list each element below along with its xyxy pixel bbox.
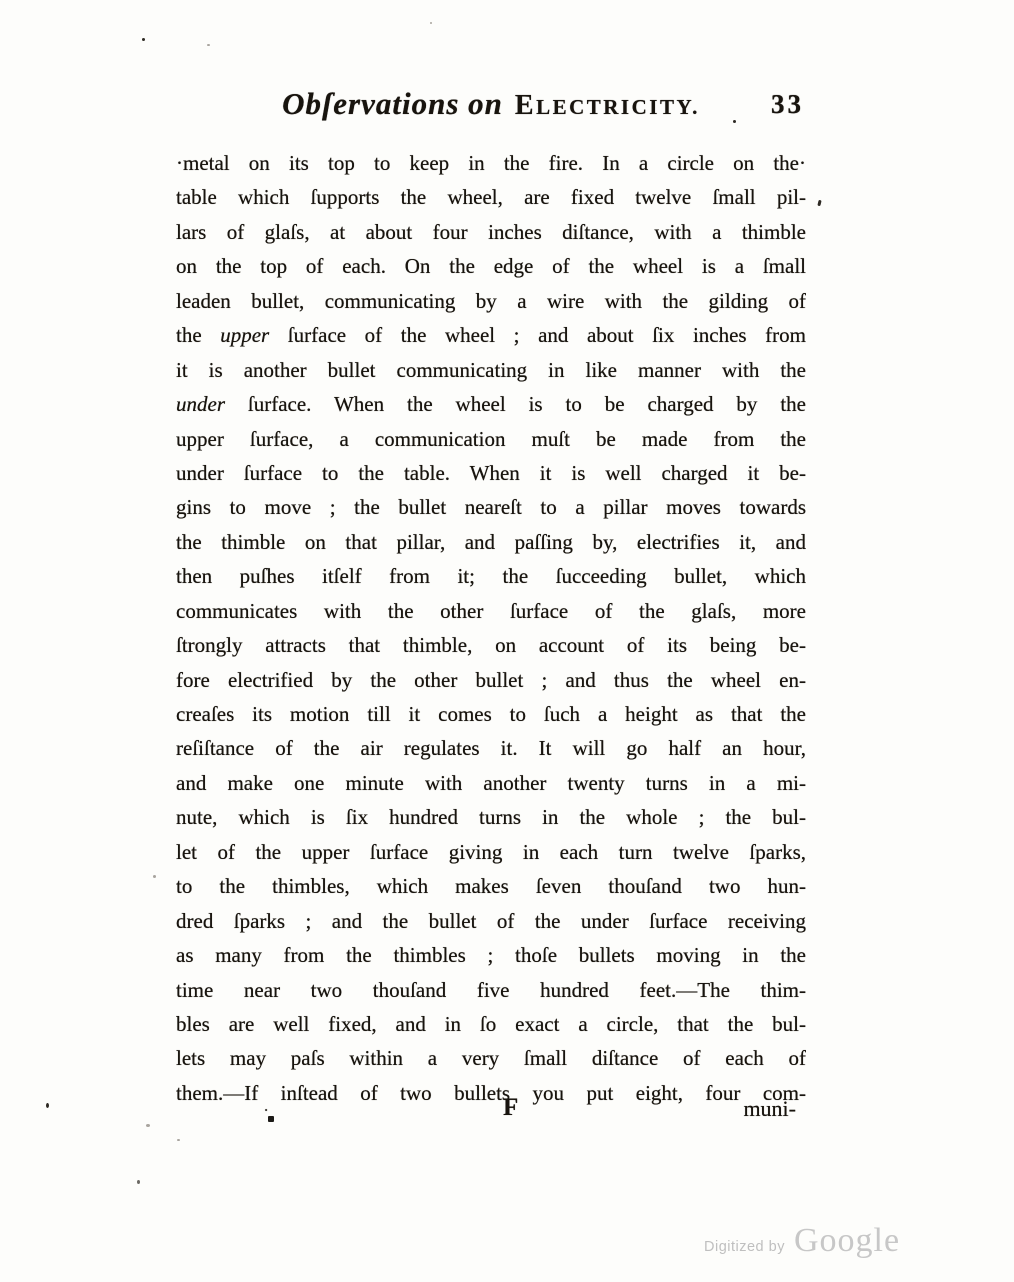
scan-speckle — [142, 38, 145, 41]
line-segment: it is another bullet communicating in li… — [176, 358, 806, 382]
italic-word: under — [176, 392, 225, 416]
scan-speckle — [733, 120, 736, 123]
text-line: then puſhes itſelf from it; the ſucceedi… — [176, 559, 806, 593]
text-line: fore electrified by the other bullet ; a… — [176, 663, 806, 697]
line-segment: fore electrified by the other bullet ; a… — [176, 668, 806, 692]
signature-dot: . — [264, 1096, 268, 1116]
line-segment: ſtrongly attracts that thimble, on accou… — [176, 633, 806, 657]
signature-line: . F muni- — [176, 1094, 806, 1132]
line-segment: reſiſtance of the air regulates it. It w… — [176, 736, 806, 760]
text-line: as many from the thimbles ; thoſe bullet… — [176, 938, 806, 972]
line-segment: the thimble on that pillar, and paſſing … — [176, 530, 806, 554]
line-segment: ·metal on its top to keep in the fire. I… — [176, 151, 806, 175]
text-line: under ſurface. When the wheel is to be c… — [176, 387, 806, 421]
scan-speckle — [430, 22, 432, 24]
text-line: lets may paſs within a very ſmall diſtan… — [176, 1041, 806, 1075]
text-line: and make one minute with another twenty … — [176, 766, 806, 800]
line-segment: on the top of each. On the edge of the w… — [176, 254, 806, 278]
text-line: communicates with the other ſurface of t… — [176, 594, 806, 628]
line-segment: let of the upper ſurface giving in each … — [176, 840, 806, 864]
line-segment: leaden bullet, communicating by a wire w… — [176, 289, 806, 313]
text-line: time near two thouſand five hundred feet… — [176, 973, 806, 1007]
line-segment: ſurface. When the wheel is to be charged… — [225, 392, 806, 416]
running-header: Obſervations onELECTRICITY. 33 — [176, 86, 806, 122]
line-segment: under ſurface to the table. When it is w… — [176, 461, 806, 485]
watermark-prefix-label: Digitized by — [704, 1239, 785, 1255]
text-line: reſiſtance of the air regulates it. It w… — [176, 731, 806, 765]
text-line: ·metal on its top to keep in the fire. I… — [176, 146, 806, 180]
line-segment: as many from the thimbles ; thoſe bullet… — [176, 943, 806, 967]
scan-speckle — [817, 200, 821, 207]
header-caps-rest: LECTRICITY. — [536, 95, 700, 119]
text-line: bles are well fixed, and in ſo exact a c… — [176, 1007, 806, 1041]
header-caps-initial: E — [515, 90, 536, 121]
catchword: muni- — [743, 1096, 796, 1122]
italic-word: upper — [220, 323, 269, 347]
text-line: ſtrongly attracts that thimble, on accou… — [176, 628, 806, 662]
line-segment: ſurface of the wheel ; and about ſix inc… — [269, 323, 806, 347]
text-line: under ſurface to the table. When it is w… — [176, 456, 806, 490]
line-segment: and make one minute with another twenty … — [176, 771, 806, 795]
line-segment: table which ſupports the wheel, are fixe… — [176, 185, 806, 209]
line-segment: the — [176, 323, 220, 347]
text-line: gins to move ; the bullet neareſt to a p… — [176, 490, 806, 524]
text-line: it is another bullet communicating in li… — [176, 353, 806, 387]
text-line: the thimble on that pillar, and paſſing … — [176, 525, 806, 559]
scan-speckle — [46, 1103, 49, 1108]
line-segment: gins to move ; the bullet neareſt to a p… — [176, 495, 806, 519]
line-segment: communicates with the other ſurface of t… — [176, 599, 806, 623]
text-line: on the top of each. On the edge of the w… — [176, 249, 806, 283]
header-title-caps: ELECTRICITY. — [515, 101, 700, 118]
signature-letter: F — [503, 1094, 518, 1122]
scan-speckle — [207, 44, 210, 46]
line-segment: then puſhes itſelf from it; the ſucceedi… — [176, 564, 806, 588]
text-line: the upper ſurface of the wheel ; and abo… — [176, 318, 806, 352]
line-segment: upper ſurface, a communication muſt be m… — [176, 427, 806, 451]
text-line: let of the upper ſurface giving in each … — [176, 835, 806, 869]
text-line: lars of glaſs, at about four inches diſt… — [176, 215, 806, 249]
line-segment: lars of glaſs, at about four inches diſt… — [176, 220, 806, 244]
line-segment: time near two thouſand five hundred feet… — [176, 978, 806, 1002]
scan-speckle — [177, 1139, 180, 1141]
line-segment: bles are well fixed, and in ſo exact a c… — [176, 1012, 806, 1036]
line-segment: lets may paſs within a very ſmall diſtan… — [176, 1046, 806, 1070]
text-line: table which ſupports the wheel, are fixe… — [176, 180, 806, 214]
scan-speckle — [137, 1180, 140, 1184]
body-text: ·metal on its top to keep in the fire. I… — [176, 146, 806, 1110]
book-page-scan: Obſervations onELECTRICITY. 33 ·metal on… — [0, 0, 1014, 1282]
text-line: to the thimbles, which makes ſeven thouſ… — [176, 869, 806, 903]
text-line: leaden bullet, communicating by a wire w… — [176, 284, 806, 318]
line-segment: to the thimbles, which makes ſeven thouſ… — [176, 874, 806, 898]
text-line: upper ſurface, a communication muſt be m… — [176, 422, 806, 456]
text-line: dred ſparks ; and the bullet of the unde… — [176, 904, 806, 938]
line-segment: dred ſparks ; and the bullet of the unde… — [176, 909, 806, 933]
text-line: nute, which is ſix hundred turns in the … — [176, 800, 806, 834]
text-line: creaſes its motion till it comes to ſuch… — [176, 697, 806, 731]
scan-speckle — [268, 1116, 274, 1122]
google-logo: Google — [794, 1222, 900, 1260]
scan-speckle — [153, 875, 156, 878]
page-number: 33 — [771, 89, 804, 120]
google-watermark: Digitized by Google — [704, 1222, 900, 1260]
header-title-italic: Obſervations on — [282, 86, 503, 121]
text-column: Obſervations onELECTRICITY. 33 ·metal on… — [176, 0, 806, 1282]
line-segment: creaſes its motion till it comes to ſuch… — [176, 702, 806, 726]
line-segment: nute, which is ſix hundred turns in the … — [176, 805, 806, 829]
scan-speckle — [146, 1124, 150, 1127]
